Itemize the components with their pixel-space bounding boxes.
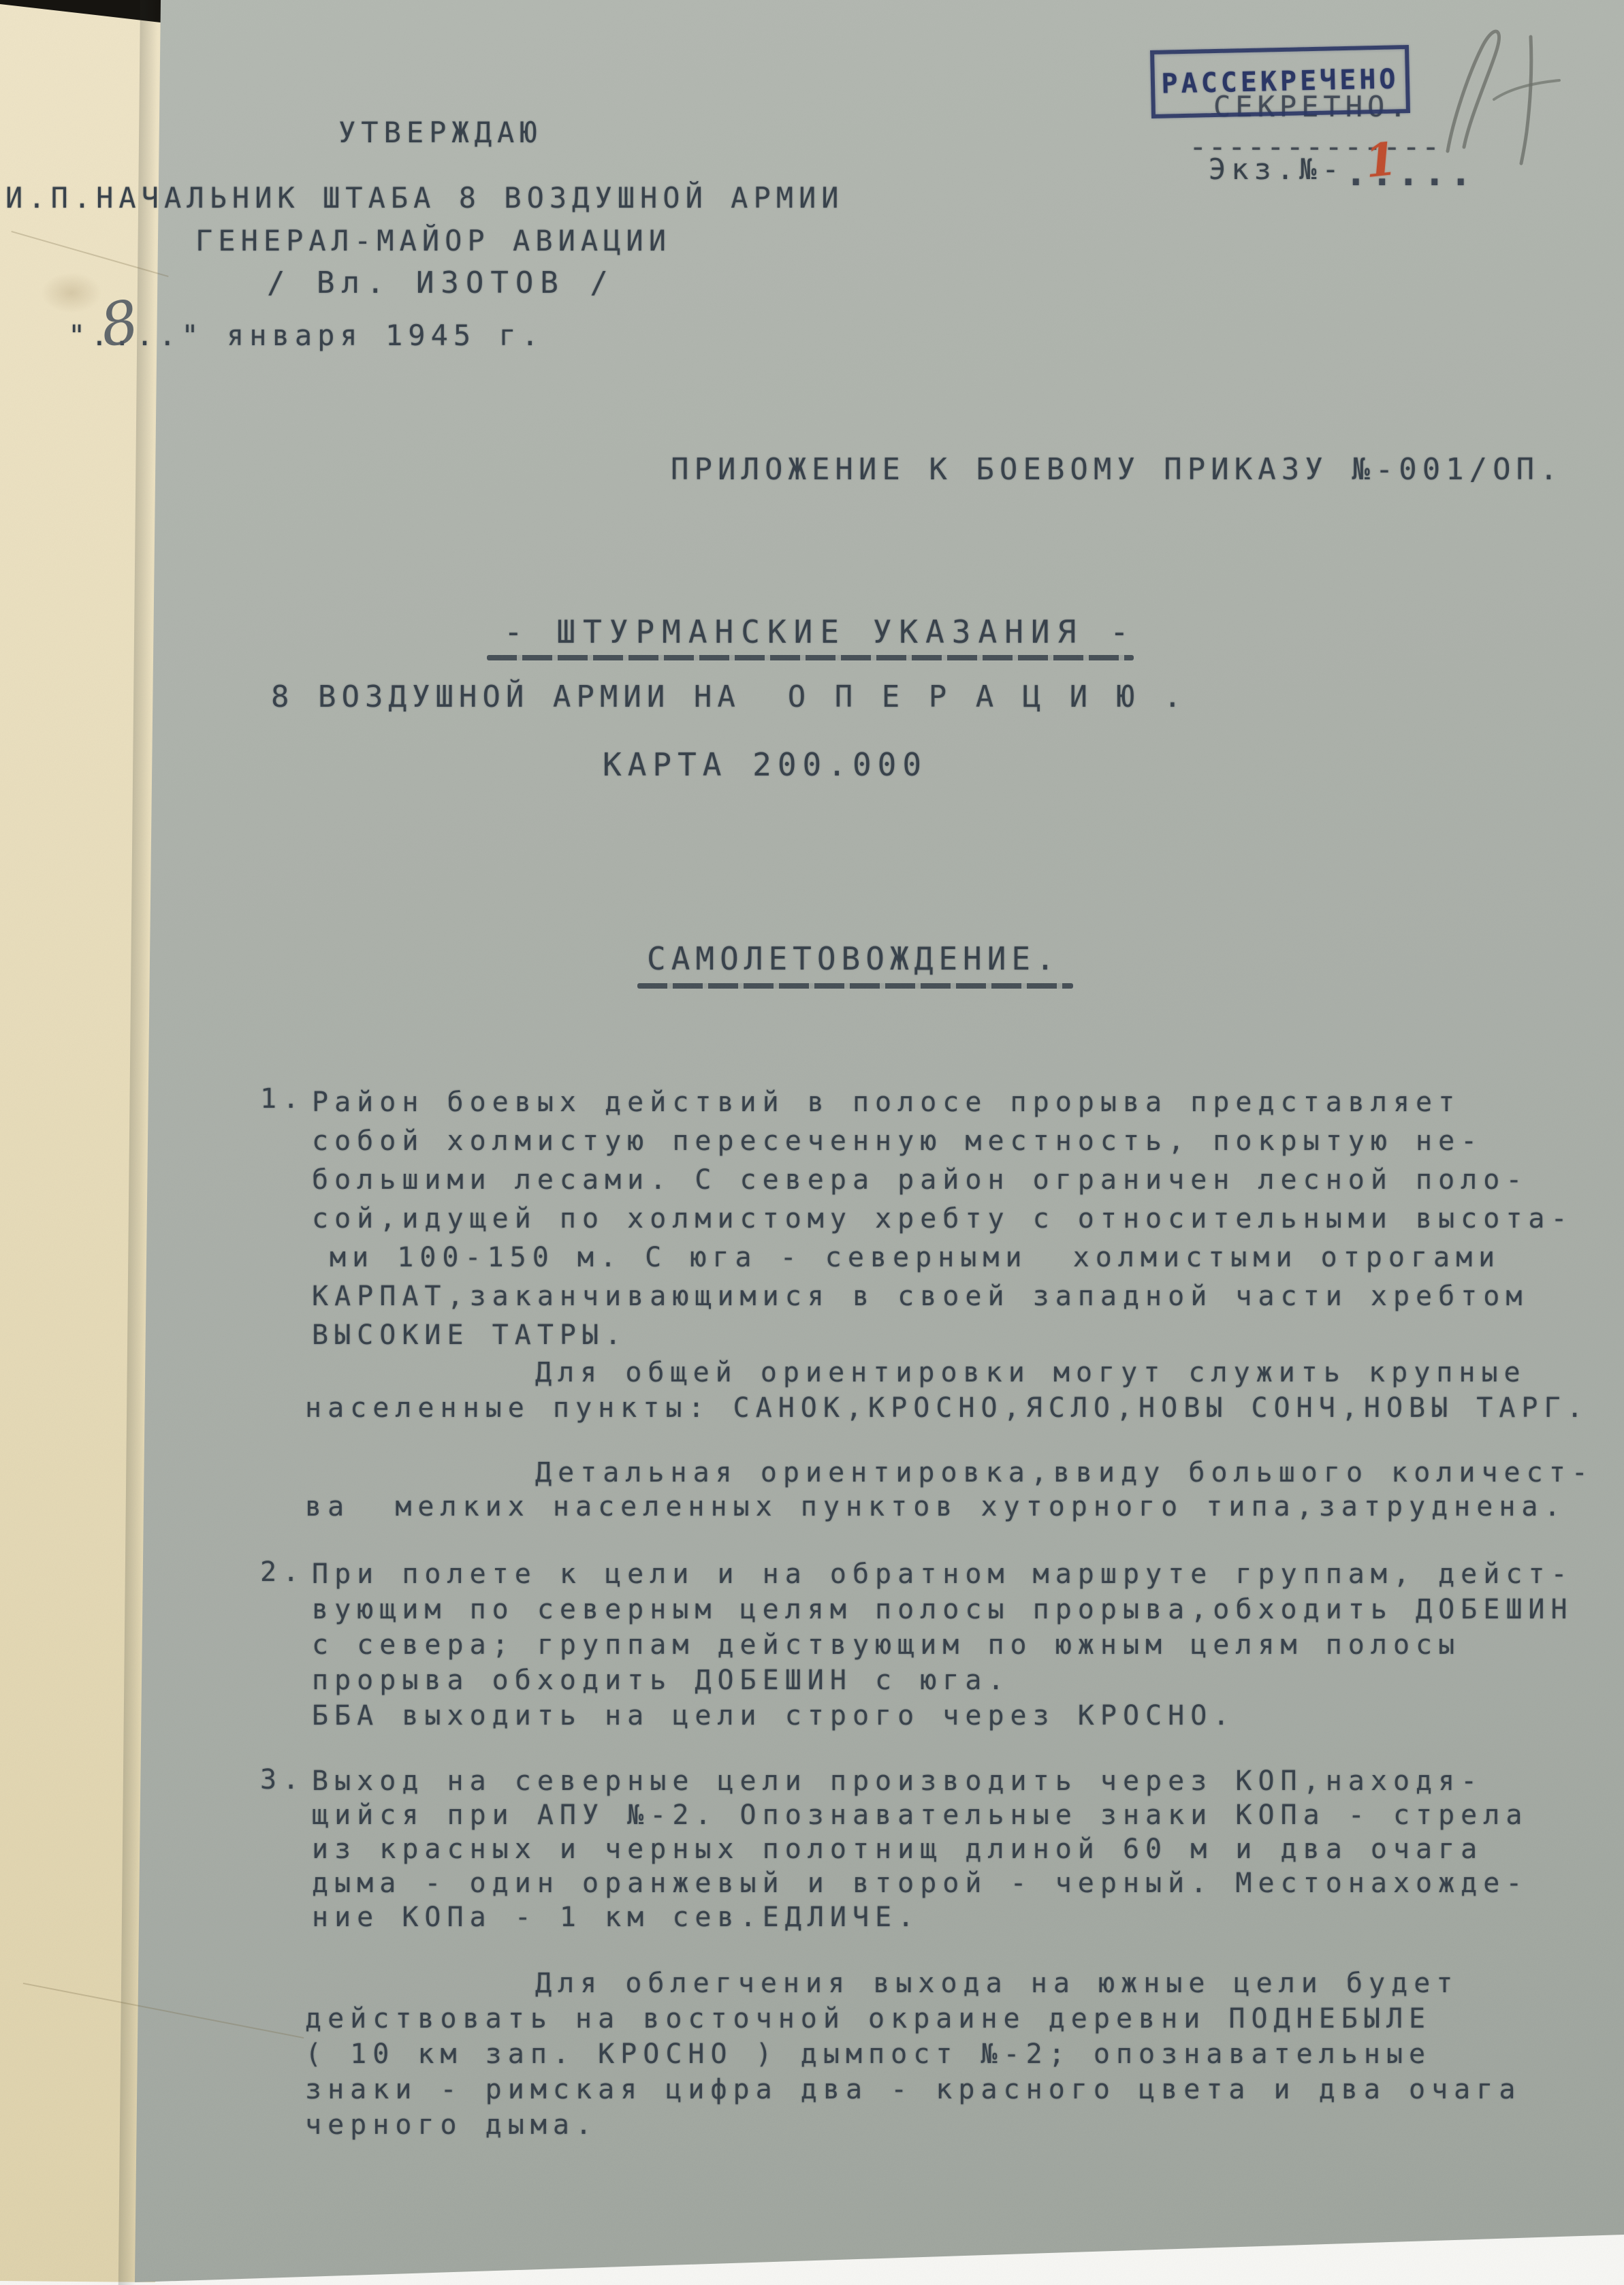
title-underline: [487, 655, 1134, 660]
text-line: Детальная ориентировка,ввиду большого ко…: [305, 1456, 1594, 1490]
section-heading: САМОЛЕТОВОЖДЕНИЕ.: [647, 940, 1060, 977]
text-line: КАРПАТ,заканчивающимися в своей западной…: [312, 1277, 1574, 1316]
approval-heading: УТВЕРЖДАЮ: [338, 116, 543, 149]
text-line: действовать на восточной окраине деревни…: [305, 2001, 1521, 2036]
text-line: ВЫСОКИЕ ТАТРЫ.: [312, 1316, 1574, 1355]
paragraph-6: Для облегчения выхода на южные цели буде…: [305, 1966, 1521, 2143]
paper-stain: [41, 272, 102, 313]
item-number: 1.: [260, 1083, 305, 1115]
text-line: прорыва обходить ДОБЕШИН с юга.: [312, 1663, 1574, 1698]
text-line: большими лесами. С севера район ограниче…: [312, 1161, 1574, 1200]
declassified-stamp: РАССЕКРЕЧЕНО: [1150, 45, 1410, 118]
approval-signature-line: / Вл. ИЗОТОВ /: [267, 266, 615, 300]
text-line: собой холмистую пересеченную местность, …: [312, 1122, 1574, 1161]
section-underline: [637, 983, 1073, 989]
text-line: ние КОПа - 1 км сев.ЕДЛИЧЕ.: [312, 1900, 1528, 1934]
approval-position-line: И.П.НАЧАЛЬНИК ШТАБА 8 ВОЗДУШНОЙ АРМИИ: [5, 181, 844, 214]
text-line: щийся при АПУ №-2. Опознавательные знаки…: [312, 1798, 1528, 1832]
text-line: Для облегчения выхода на южные цели буде…: [305, 1966, 1521, 2001]
text-line: Район боевых действий в полосе прорыва п…: [312, 1083, 1574, 1122]
handwritten-copy-number: 1: [1363, 132, 1399, 188]
paragraph-5: 3. Выход на северные цели производить че…: [312, 1764, 1528, 1934]
pencil-scribble: [1429, 18, 1592, 174]
declassified-stamp-text: РАССЕКРЕЧЕНО: [1161, 63, 1399, 99]
map-scale-line: КАРТА 200.000: [603, 746, 927, 783]
text-line: вующим по северным целям полосы прорыва,…: [312, 1592, 1574, 1627]
text-line: Выход на северные цели производить через…: [312, 1764, 1528, 1798]
order-reference-line: ПРИЛОЖЕНИЕ К БОЕВОМУ ПРИКАЗУ №-001/ОП.: [671, 452, 1563, 487]
text-line: из красных и черных полотнищ длиной 60 м…: [312, 1832, 1528, 1866]
text-line: дыма - один оранжевый и второй - черный.…: [312, 1866, 1528, 1900]
text-line: ва мелких населенных пунктов хуторного т…: [305, 1490, 1594, 1524]
text-line: сой,идущей по холмистому хребту с относи…: [312, 1200, 1574, 1239]
paragraph-4: 2. При полете к цели и на обратном маршр…: [312, 1556, 1574, 1733]
text-line: При полете к цели и на обратном маршруте…: [312, 1556, 1574, 1592]
text-line: ми 100-150 м. С юга - северными холмисты…: [312, 1239, 1574, 1277]
document-subtitle: 8 ВОЗДУШНОЙ АРМИИ НА О П Е Р А Ц И Ю .: [271, 680, 1187, 714]
text-line: ББА выходить на цели строго через КРОСНО…: [312, 1698, 1574, 1733]
text-line: знаки - римская цифра два - красного цве…: [305, 2072, 1521, 2107]
copy-number-label: Экз.№-: [1209, 153, 1345, 186]
text-line: черного дыма.: [305, 2107, 1521, 2143]
item-number: 2.: [260, 1556, 305, 1588]
text-line: населенные пункты: САНОК,КРОСНО,ЯСЛО,НОВ…: [305, 1390, 1589, 1426]
paragraph-1: 1. Район боевых действий в полосе прорыв…: [312, 1083, 1574, 1355]
text-line: ( 10 км зап. КРОСНО ) дымпост №-2; опозн…: [305, 2036, 1521, 2072]
scanned-document: УТВЕРЖДАЮ И.П.НАЧАЛЬНИК ШТАБА 8 ВОЗДУШНО…: [0, 0, 1624, 2285]
text-line: Для общей ориентировки могут служить кру…: [305, 1355, 1589, 1390]
paragraph-3: Детальная ориентировка,ввиду большого ко…: [305, 1456, 1594, 1524]
document-title: - ШТУРМАНСКИЕ УКАЗАНИЯ -: [504, 613, 1136, 650]
item-number: 3.: [260, 1764, 305, 1795]
text-line: с севера; группам действующим по южным ц…: [312, 1627, 1574, 1663]
approval-rank-line: ГЕНЕРАЛ-МАЙОР АВИАЦИИ: [195, 224, 671, 257]
paragraph-2: Для общей ориентировки могут служить кру…: [305, 1355, 1589, 1426]
